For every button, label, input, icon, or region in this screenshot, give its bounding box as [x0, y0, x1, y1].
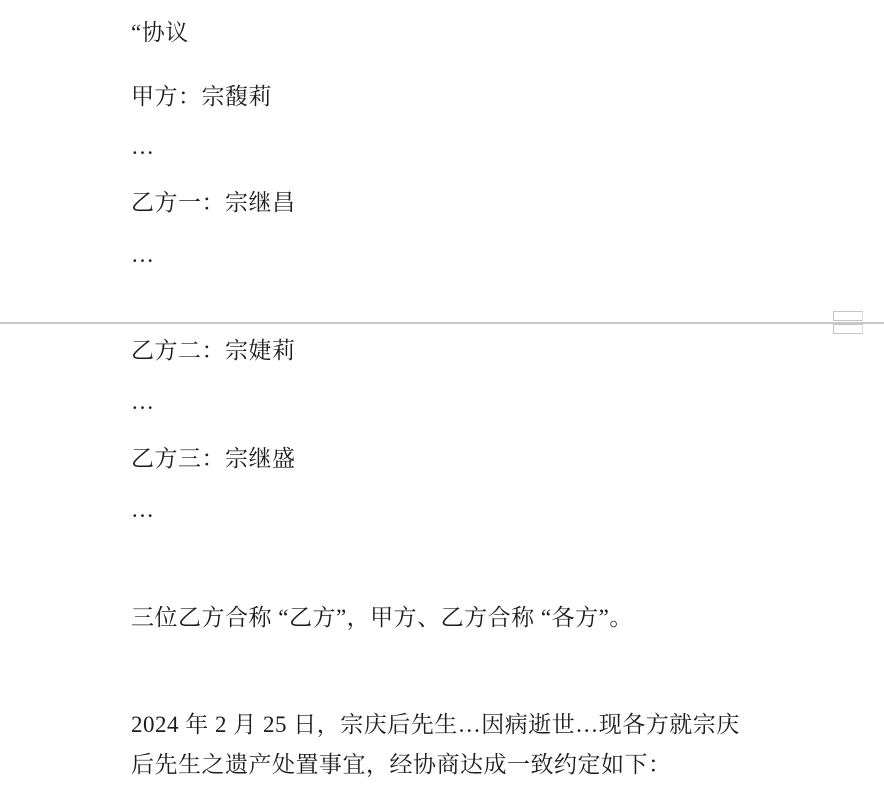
party-b2-line: 乙方二：宗婕莉	[131, 338, 296, 364]
party-b1-line: 乙方一：宗继昌	[131, 190, 296, 216]
preamble-line-2: 后先生之遗产处置事宜，经协商达成一致约定如下：	[131, 752, 672, 778]
page-break-rect-bottom	[833, 324, 863, 334]
page-break-icon[interactable]	[833, 311, 863, 334]
ellipsis-line-1: …	[131, 134, 156, 160]
page-break-rect-top	[833, 311, 863, 321]
party-a-line: 甲方：宗馥莉	[131, 84, 272, 110]
page-break-divider	[0, 322, 884, 324]
preamble-line-1: 2024 年 2 月 25 日，宗庆后先生…因病逝世…现各方就宗庆	[131, 712, 740, 738]
ellipsis-line-2: …	[131, 242, 156, 268]
ellipsis-line-4: …	[131, 497, 156, 523]
ellipsis-line-3: …	[131, 389, 156, 415]
party-b3-line: 乙方三：宗继盛	[131, 446, 296, 472]
parties-definition-line: 三位乙方合称 “乙方”，甲方、乙方合称 “各方”。	[131, 605, 633, 631]
agreement-title-line: “协议	[131, 20, 189, 46]
